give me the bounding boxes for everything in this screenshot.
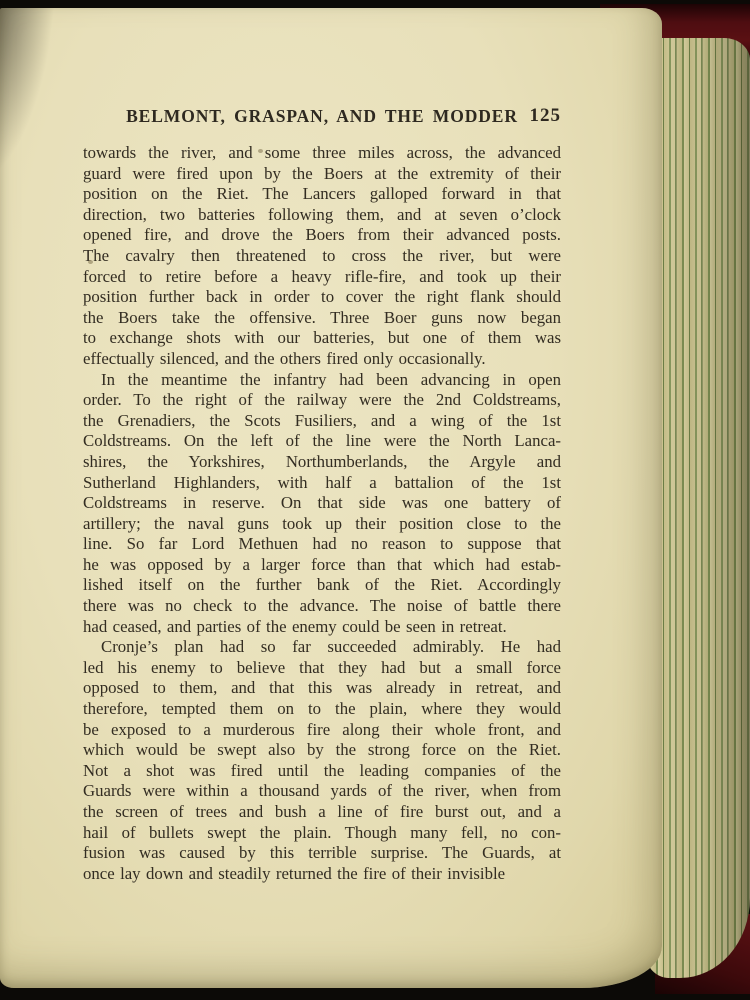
- text-line: be exposed to a murderous fire along the…: [83, 720, 561, 741]
- text-line: towards the river, and some three miles …: [83, 143, 561, 164]
- text-line: forced to retire before a heavy rifle-fi…: [83, 267, 561, 288]
- text-line: Coldstreams. On the left of the line wer…: [83, 431, 561, 452]
- text-line: position on the Riet. The Lancers gallop…: [83, 184, 561, 205]
- text-line: lished itself on the further bank of the…: [83, 575, 561, 596]
- text-line: opposed to them, and that this was alrea…: [83, 678, 561, 699]
- text-line: to exchange shots with our batteries, bu…: [83, 328, 561, 349]
- running-head: BELMONT, GRASPAN, AND THE MODDER 125: [83, 106, 561, 132]
- paragraph: Cronje’s plan had so far succeeded admir…: [83, 637, 561, 884]
- text-line: guard were fired upon by the Boers at th…: [83, 164, 561, 185]
- text-line: In the meantime the infantry had been ad…: [83, 370, 561, 391]
- paragraph: towards the river, and some three miles …: [83, 143, 561, 370]
- text-line: line. So far Lord Methuen had no reason …: [83, 534, 561, 555]
- text-line: position further back in order to cover …: [83, 287, 561, 308]
- text-line: he was opposed by a larger force than th…: [83, 555, 561, 576]
- book-page: BELMONT, GRASPAN, AND THE MODDER 125 tow…: [0, 8, 662, 988]
- text-line: Not a shot was fired until the leading c…: [83, 761, 561, 782]
- text-line: opened fire, and drove the Boers from th…: [83, 225, 561, 246]
- text-line: the screen of trees and bush a line of f…: [83, 802, 561, 823]
- text-line: artillery; the naval guns took up their …: [83, 514, 561, 535]
- text-line: effectually silenced, and the others fir…: [83, 349, 561, 370]
- text-block: towards the river, and some three miles …: [83, 143, 561, 884]
- text-line: order. To the right of the railway were …: [83, 390, 561, 411]
- text-line: Guards were within a thousand yards of t…: [83, 781, 561, 802]
- text-line: once lay down and steadily returned the …: [83, 864, 561, 885]
- text-line: Coldstreams in reserve. On that side was…: [83, 493, 561, 514]
- text-line: hail of bullets swept the plain. Though …: [83, 823, 561, 844]
- text-line: which would be swept also by the strong …: [83, 740, 561, 761]
- text-line: the Grenadiers, the Scots Fusiliers, and…: [83, 411, 561, 432]
- text-line: therefore, tempted them on to the plain,…: [83, 699, 561, 720]
- text-line: had ceased, and parties of the enemy cou…: [83, 617, 561, 638]
- text-line: led his enemy to believe that they had b…: [83, 658, 561, 679]
- page-number: 125: [530, 105, 562, 127]
- text-line: Sutherland Highlanders, with half a batt…: [83, 473, 561, 494]
- text-line: direction, two batteries following them,…: [83, 205, 561, 226]
- text-line: Cronje’s plan had so far succeeded admir…: [83, 637, 561, 658]
- text-line: The cavalry then threatened to cross the…: [83, 246, 561, 267]
- book-scan: BELMONT, GRASPAN, AND THE MODDER 125 tow…: [0, 0, 750, 1000]
- text-line: fusion was caused by this terrible surpr…: [83, 843, 561, 864]
- chapter-title: BELMONT, GRASPAN, AND THE MODDER: [83, 106, 561, 127]
- paper-speck: [258, 149, 263, 153]
- text-line: the Boers take the offensive. Three Boer…: [83, 308, 561, 329]
- paragraph: In the meantime the infantry had been ad…: [83, 370, 561, 638]
- paper-speck: [88, 260, 93, 264]
- text-line: shires, the Yorkshires, Northumberlands,…: [83, 452, 561, 473]
- text-line: there was no check to the advance. The n…: [83, 596, 561, 617]
